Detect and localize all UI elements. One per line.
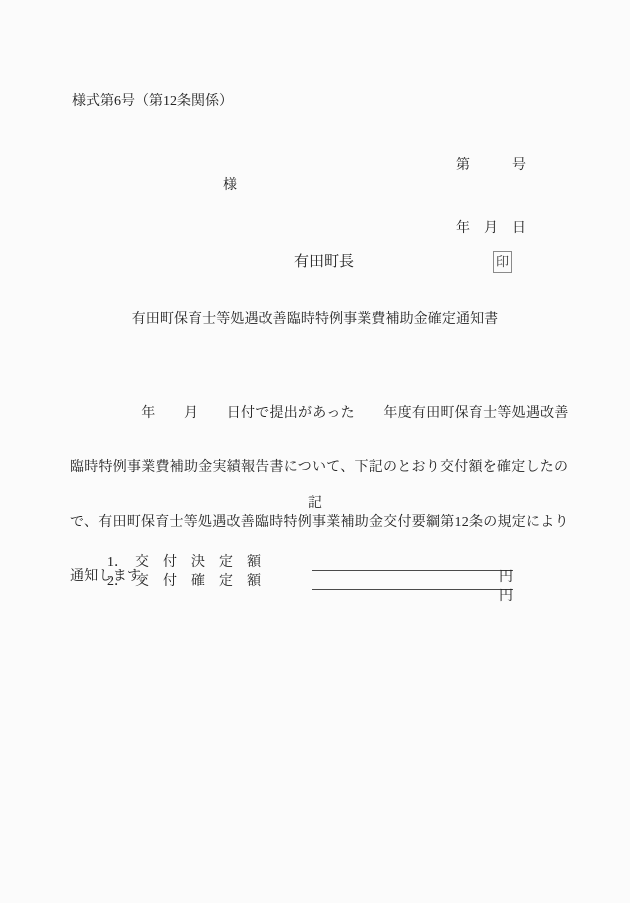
seal-box: 印 xyxy=(493,251,512,273)
document-page: 様式第6号（第12条関係） 第 号 年 月 日 様 有田町長 印 有田町保育士等… xyxy=(0,0,630,903)
form-number: 様式第6号（第12条関係） xyxy=(72,94,233,110)
sender-name: 有田町長 xyxy=(294,254,354,271)
body-line: 臨時特例事業費補助金実績報告書について、下記のとおり交付額を確定したの xyxy=(70,460,580,482)
fill-in-blank-line: 円 xyxy=(312,573,513,590)
body-line: で、有田町保育士等処遇改善臨時特例事業補助金交付要綱第12条の規定により xyxy=(70,515,580,537)
document-date-line: 年 月 日 xyxy=(456,218,526,239)
record-item-row: 1． 交 付 決 定 額 円 xyxy=(107,555,121,572)
document-meta: 第 号 年 月 日 xyxy=(456,113,526,281)
record-item-label: 2． 交 付 確 定 額 xyxy=(107,574,261,590)
addressee-honorific: 様 xyxy=(223,178,237,194)
document-number-line: 第 号 xyxy=(456,155,526,176)
seal-mark: 印 xyxy=(496,255,509,270)
record-marker: 記 xyxy=(0,496,630,512)
fill-in-blank-line: 円 xyxy=(312,554,513,571)
record-item-row: 2． 交 付 確 定 額 円 xyxy=(107,574,121,591)
unit-label: 円 xyxy=(499,589,513,604)
document-title: 有田町保育士等処遇改善臨時特例事業費補助金確定通知書 xyxy=(0,312,630,328)
body-line: 年 月 日付で提出があった 年度有田町保育士等処遇改善 xyxy=(70,406,580,428)
record-item-label: 1． 交 付 決 定 額 xyxy=(107,555,261,571)
